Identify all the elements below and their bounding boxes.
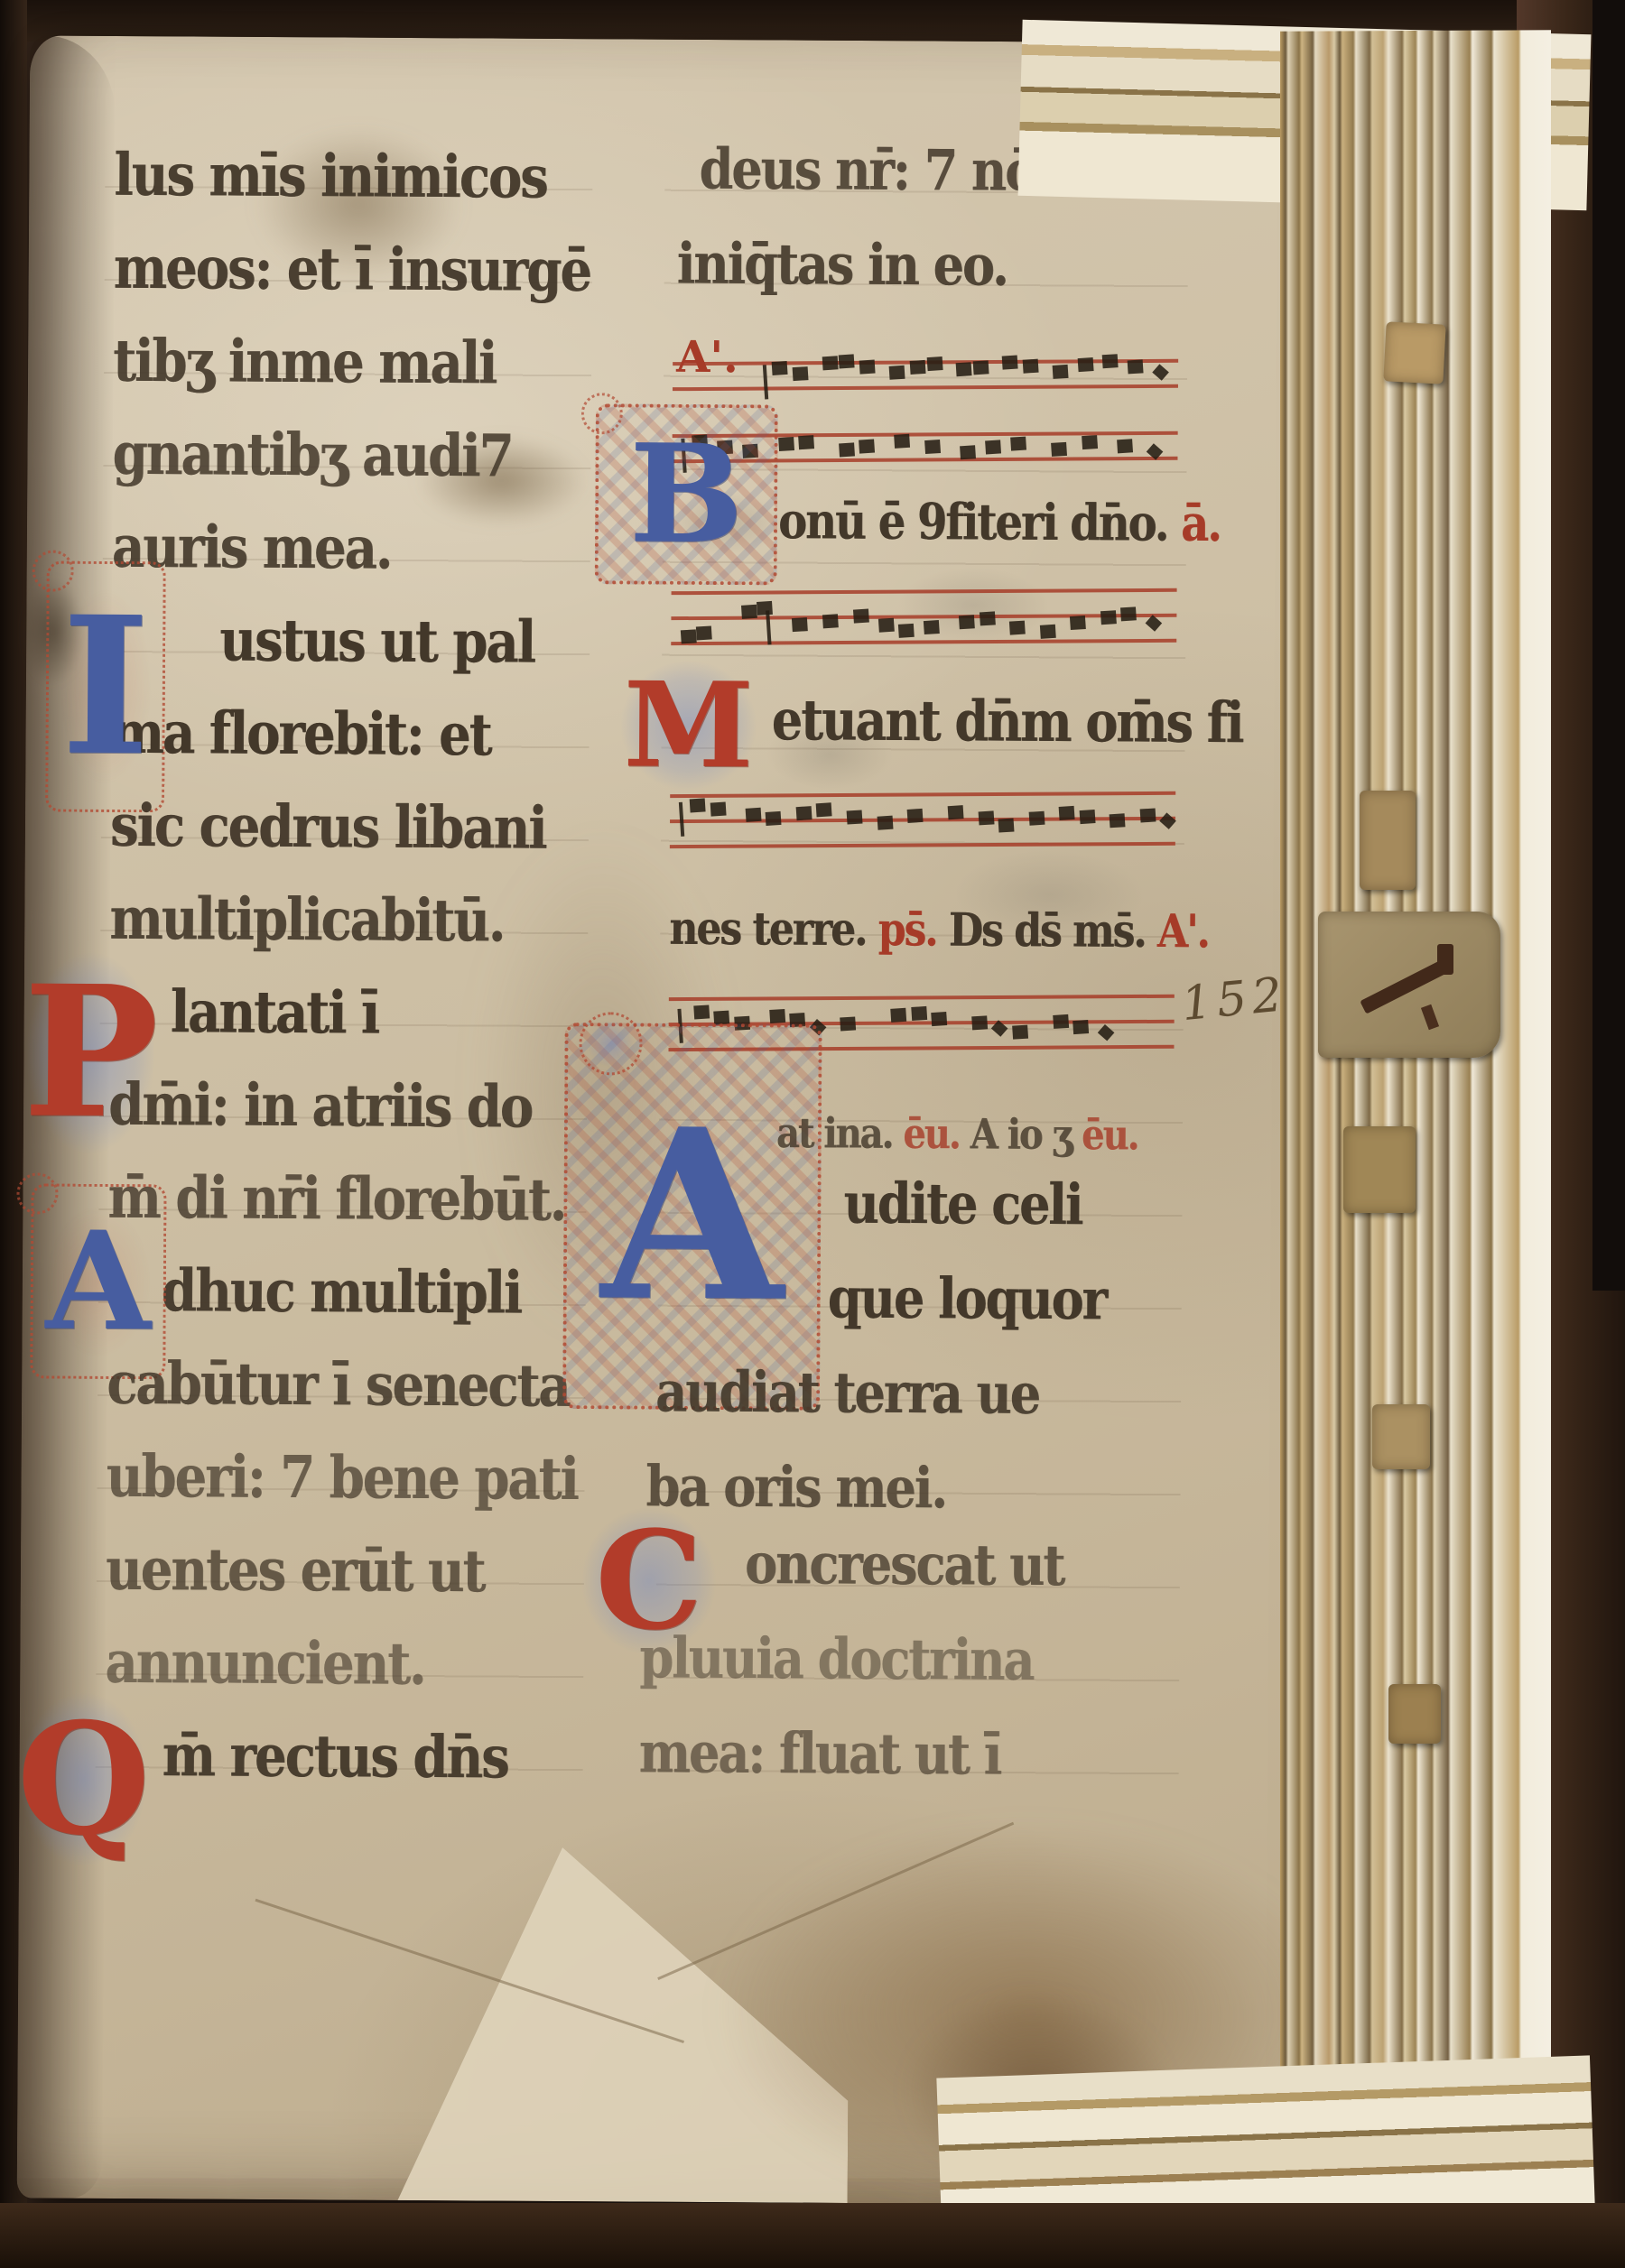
text-line: onū ē 9fiteri dn̄o. ā. <box>778 492 1221 552</box>
neume-square <box>971 1015 988 1030</box>
neume-square <box>853 609 869 624</box>
body-text: cabūtur ī senecta <box>107 1349 570 1421</box>
text-line: uentes erūt ut <box>106 1535 485 1606</box>
music-staff <box>671 578 1177 658</box>
antiphon-mark: A'. <box>676 332 738 383</box>
text-line: dm̄i: in atriis do <box>108 1070 533 1142</box>
neume-square <box>1082 435 1098 449</box>
body-text: uentes erūt ut <box>106 1535 485 1606</box>
folio-number: 152 <box>1179 967 1290 1032</box>
neume-square <box>1028 811 1045 826</box>
neume-square <box>888 366 905 380</box>
text-line: sic cedrus libani <box>110 791 546 863</box>
illuminated-initial-M: M <box>620 662 757 788</box>
neume-square <box>998 819 1015 833</box>
tab-mark-tick <box>1421 1004 1439 1031</box>
binding-cover-edge <box>1592 0 1625 1291</box>
neume-field <box>759 332 1179 412</box>
text-line: oncrescat ut <box>745 1530 1064 1598</box>
neume-square <box>1002 356 1018 370</box>
illuminated-initial-I: I <box>54 574 157 801</box>
neume-square <box>839 442 855 457</box>
text-line: etuant dn̄m om̄s fi <box>771 686 1242 755</box>
neume-square <box>746 808 762 822</box>
neume-square <box>924 620 940 634</box>
neume-square <box>757 601 773 616</box>
parchment-page: lus mīs inimicosmeos: et ī insurgētibʒ i… <box>17 35 1394 2206</box>
initial-letter: I <box>60 611 150 764</box>
leather-tab-large <box>1318 912 1500 1058</box>
text-line: lantati ī <box>170 977 378 1047</box>
text-line: multiplicabitū. <box>109 884 504 956</box>
initial-letter: B <box>628 440 744 549</box>
text-line: m̄ di nr̄i florebūt. <box>107 1163 565 1235</box>
right-column: deus nr̄: 7 nō ēiniq̄tas in eo.A'.Bonū ē… <box>664 40 1180 1847</box>
body-text: uberi: 7 bene pati <box>106 1442 578 1514</box>
body-text: at ina. <box>776 1108 904 1158</box>
neume-square <box>985 440 1001 454</box>
neume-square <box>931 1012 947 1026</box>
neume-square <box>1100 610 1117 625</box>
neume-square <box>772 361 788 375</box>
binding-cover-bottom <box>0 2203 1625 2268</box>
neume-square <box>978 810 994 825</box>
neume-square <box>741 605 757 619</box>
leather-tab <box>1383 321 1445 384</box>
text-line: iniq̄tas in eo. <box>677 230 1007 299</box>
rubric-text: ps̄. <box>878 903 937 957</box>
body-text: onū ē 9fiteri dn̄o. <box>778 492 1168 552</box>
neume-square <box>822 614 839 628</box>
neume-diamond <box>1098 1024 1115 1041</box>
neume-square <box>839 354 855 368</box>
neume-square <box>1072 1020 1089 1034</box>
body-text: oncrescat ut <box>745 1530 1064 1598</box>
body-text: nes terre. <box>669 903 878 957</box>
neume-square <box>769 1009 785 1023</box>
neume-stem <box>762 365 767 399</box>
body-text: udite celi <box>843 1170 1082 1237</box>
text-line: que loquor <box>828 1264 1107 1332</box>
neume-square <box>1128 359 1144 374</box>
initial-letter: A <box>600 1122 784 1310</box>
body-text: sic cedrus libani <box>110 791 546 863</box>
text-line: lus mīs inimicos <box>114 141 547 212</box>
initial-letter: M <box>623 678 754 773</box>
neume-square <box>1023 359 1039 374</box>
illuminated-initial-P: P <box>27 948 154 1158</box>
text-line: audiat terra ue <box>655 1358 1039 1427</box>
neume-square <box>793 366 809 381</box>
neume-square <box>877 618 894 633</box>
body-text: lus mīs inimicos <box>114 141 547 212</box>
neume-square <box>690 798 706 812</box>
leather-tab <box>1372 1404 1430 1469</box>
neume-square <box>1051 442 1067 457</box>
text-line: annuncient. <box>105 1628 425 1699</box>
text-line: ustus ut pal <box>219 606 534 677</box>
neume-square <box>910 360 926 375</box>
neume-square <box>1117 439 1133 453</box>
initial-letter: P <box>23 980 159 1125</box>
text-line: at ina. ēu. A io ʒ ēu. <box>776 1108 1138 1159</box>
neume-square <box>1077 357 1093 372</box>
body-text: m̄ di nr̄i florebūt. <box>107 1163 565 1235</box>
body-text: lantati ī <box>170 977 378 1047</box>
initial-letter: A <box>45 1227 151 1337</box>
body-text: dm̄i: in atriis do <box>108 1070 533 1142</box>
neume-square <box>792 617 808 632</box>
neume-square <box>911 1006 927 1021</box>
neume-square <box>816 802 832 817</box>
initial-letter: Q <box>16 1717 151 1841</box>
leather-tab <box>1360 791 1416 890</box>
body-text: ma florebit: et <box>110 699 490 769</box>
body-text: ustus ut pal <box>219 606 534 677</box>
body-text: gnantibʒ audi7 <box>112 420 512 491</box>
body-text: meos: et ī insurgē <box>114 234 591 305</box>
neume-square <box>822 356 838 370</box>
text-line: udite celi <box>843 1170 1082 1237</box>
text-line: uberi: 7 bene pati <box>106 1442 578 1514</box>
rubric-text: ā. <box>1167 495 1221 553</box>
manuscript-photo: lus mīs inimicosmeos: et ī insurgētibʒ i… <box>0 0 1625 2268</box>
neume-square <box>1009 621 1026 635</box>
text-line: m̄ rectus dn̄s <box>162 1721 507 1791</box>
neume-diamond <box>991 1020 1008 1036</box>
neume-square <box>766 811 782 826</box>
neume-square <box>907 809 924 823</box>
body-text: dhuc multipli <box>162 1256 522 1327</box>
neume-square <box>778 437 794 451</box>
rubric-text: A'. <box>1157 905 1209 958</box>
neume-square <box>972 360 989 375</box>
neume-square <box>1079 810 1095 824</box>
text-line: nes terre. ps̄. Ds ds̄ ms̄. A'. <box>669 903 1209 958</box>
neume-square <box>1010 437 1026 451</box>
neume-square <box>847 810 863 824</box>
body-text: Ds ds̄ ms̄. <box>936 904 1157 958</box>
neume-stem <box>766 610 772 644</box>
neume-square <box>959 615 975 629</box>
music-staff: A'. <box>673 332 1179 412</box>
neume-square <box>891 1008 907 1023</box>
illuminated-initial-C: C <box>581 1508 716 1653</box>
body-text: multiplicabitū. <box>109 884 504 956</box>
neume-square <box>798 435 814 449</box>
text-line: dhuc multipli <box>162 1256 522 1327</box>
text-line: gnantibʒ audi7 <box>112 420 512 491</box>
body-text: audiat terra ue <box>655 1358 1039 1427</box>
neume-square <box>1120 606 1137 621</box>
leather-tab <box>1343 1126 1416 1213</box>
neume-square <box>1139 808 1156 822</box>
neume-square <box>710 802 726 817</box>
neume-square <box>796 806 812 820</box>
neume-square <box>1110 813 1126 828</box>
neume-stem <box>679 802 684 837</box>
neume-square <box>924 440 941 454</box>
illuminated-initial-B: B <box>604 416 769 572</box>
initial-letter: C <box>595 1526 703 1635</box>
body-text: mea: fluat ut ī <box>639 1719 1001 1788</box>
neume-square <box>1012 1025 1028 1040</box>
body-text: annuncient. <box>105 1628 425 1699</box>
rubric-text: ēu. <box>903 1109 960 1158</box>
neume-square <box>840 1016 857 1031</box>
text-line: mea: fluat ut ī <box>639 1719 1001 1788</box>
body-text: m̄ rectus dn̄s <box>162 1721 507 1791</box>
text-line: ma florebit: et <box>110 699 490 769</box>
neume-square <box>1059 806 1075 820</box>
bottom-leaf-edges <box>936 2055 1594 2226</box>
body-text: tibʒ inme mali <box>113 327 497 397</box>
neume-square <box>693 1004 710 1019</box>
neume-square <box>681 629 697 643</box>
body-text: iniq̄tas in eo. <box>677 230 1007 299</box>
neume-square <box>1052 365 1068 379</box>
text-line: meos: et ī insurgē <box>114 234 591 305</box>
neume-square <box>898 624 915 638</box>
neume-square <box>696 625 712 640</box>
left-column: lus mīs inimicosmeos: et ī insurgētibʒ i… <box>104 36 584 1844</box>
neume-square <box>859 440 875 454</box>
neume-square <box>877 816 893 830</box>
neume-square <box>1070 616 1086 630</box>
neume-square <box>895 434 911 449</box>
neume-diamond <box>1159 812 1176 829</box>
neume-diamond <box>1146 615 1163 631</box>
body-text: etuant dn̄m om̄s fi <box>771 686 1242 755</box>
leather-tab <box>1388 1684 1441 1744</box>
neume-diamond <box>1152 364 1169 380</box>
rubric-text: ēu. <box>1082 1111 1138 1160</box>
neume-square <box>948 805 964 819</box>
illuminated-initial-A: A <box>39 1197 157 1367</box>
neume-field <box>671 578 1177 658</box>
neume-square <box>859 360 876 375</box>
tab-mark-arrow-head <box>1437 944 1453 975</box>
neume-square <box>926 356 942 371</box>
neume-square <box>956 362 972 376</box>
text-line: tibʒ inme mali <box>113 327 497 397</box>
body-text: que loquor <box>828 1264 1107 1332</box>
neume-square <box>1053 1014 1069 1029</box>
neume-square <box>980 611 996 625</box>
illuminated-initial-A: A <box>571 1035 812 1398</box>
illuminated-initial-Q: Q <box>21 1690 146 1867</box>
text-line: cabūtur ī senecta <box>107 1349 570 1421</box>
neume-square <box>1040 625 1056 639</box>
body-text: A io ʒ <box>960 1110 1082 1160</box>
neume-square <box>1102 354 1119 368</box>
neume-diamond <box>1147 443 1164 459</box>
neume-square <box>960 445 976 459</box>
